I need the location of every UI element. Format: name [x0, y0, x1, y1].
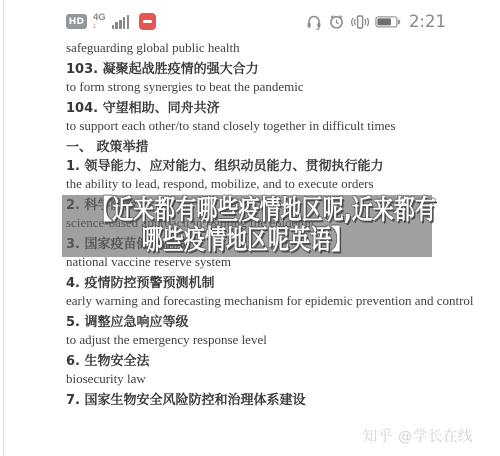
overlay-title-line2: 哪些疫情地区呢英语】 — [91, 226, 403, 256]
hd-badge: HD — [66, 14, 87, 29]
status-bar-right: 2:21 — [306, 12, 446, 31]
phone-screenshot: HD 4G 1 — [0, 0, 500, 456]
network-indicator: 4G 1 — [93, 13, 106, 30]
status-bar-left: HD 4G 1 — [66, 13, 156, 30]
vibrate-icon — [351, 14, 369, 30]
watermark: 知乎 @学长在线 — [363, 425, 473, 446]
network-type-label: 4G — [93, 13, 106, 23]
doc-line: 4. 疫情防控预警预测机制 — [66, 272, 490, 292]
alarm-icon — [328, 13, 345, 30]
doc-line: safeguarding global public health — [66, 38, 490, 58]
overlay-title: 【近来都有哪些疫情地区呢,近来都有 哪些疫情地区呢英语】 — [47, 196, 447, 255]
doc-line: 5. 调整应急响应等级 — [66, 311, 490, 331]
sim-number-label: 1 — [93, 24, 96, 30]
doc-line: 6. 生物安全法 — [66, 350, 490, 370]
signal-bars-icon — [112, 15, 129, 29]
doc-line: early warning and forecasting mechanism … — [66, 292, 490, 312]
doc-line: 103. 凝聚起战胜疫情的强大合力 — [66, 58, 490, 78]
page-left-edge-line — [3, 0, 4, 456]
doc-line: 一、 政策举措 — [66, 136, 490, 156]
doc-line: to form strong synergies to beat the pan… — [66, 77, 490, 97]
battery-icon — [375, 15, 401, 29]
clock-time: 2:21 — [409, 12, 446, 31]
doc-line: 7. 国家生物安全风险防控和治理体系建设 — [66, 389, 490, 409]
doc-line: the ability to lead, respond, mobilize, … — [66, 175, 490, 195]
doc-line: biosecurity law — [66, 370, 490, 390]
red-app-icon — [139, 13, 156, 30]
headset-icon — [306, 13, 322, 30]
doc-line: 104. 守望相助、同舟共济 — [66, 97, 490, 117]
doc-line: to adjust the emergency response level — [66, 331, 490, 351]
doc-line: 1. 领导能力、应对能力、组织动员能力、贯彻执行能力 — [66, 155, 490, 175]
overlay-title-line1: 【近来都有哪些疫情地区呢,近来都有 — [91, 196, 403, 226]
doc-line: to support each other/to stand closely t… — [66, 116, 490, 136]
